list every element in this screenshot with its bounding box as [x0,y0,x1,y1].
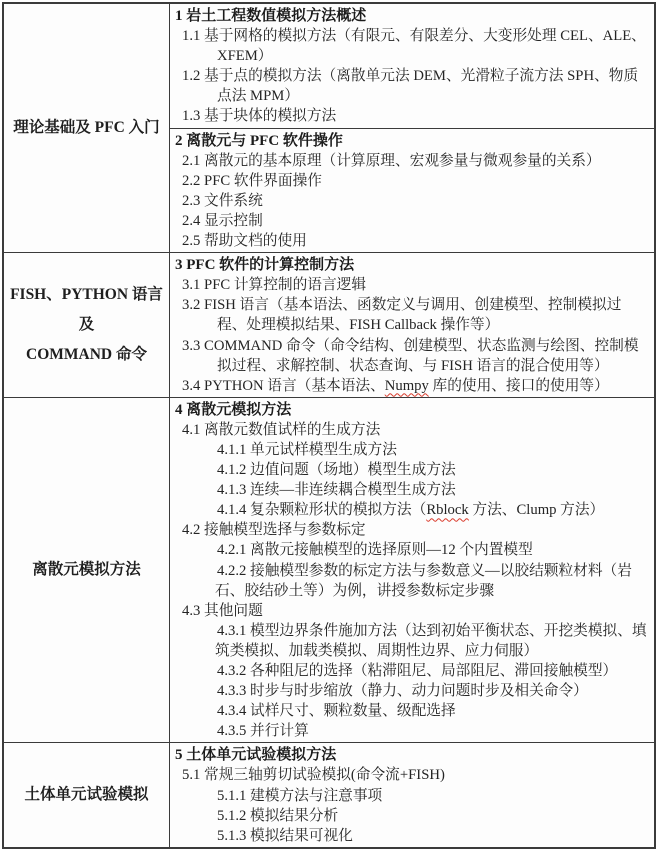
outline-item: 4.3.3 时步与时步缩放（静力、动力问题时步及相关命令） [170,681,650,701]
course-table: 理论基础及 PFC 入门1 岩土工程数值模拟方法概述1.1 基于网格的模拟方法（… [2,2,656,849]
outline-item: 4.3.5 并行计算 [170,721,650,741]
category-label: 土体单元试验模拟 [24,780,148,810]
section-title: 5 土体单元试验模拟方法 [170,745,650,765]
outline-item: 5.1.3 模拟结果可视化 [170,826,650,846]
outline-item: 4.3.4 试样尺寸、颗粒数量、级配选择 [170,701,650,721]
outline-item: 4.1.2 边值问题（场地）模型生成方法 [170,460,650,480]
section-title: 2 离散元与 PFC 软件操作 [170,131,650,151]
outline-item: 1.3 基于块体的模拟方法 [170,106,650,126]
outline-item: 4.2.1 离散元接触模型的选择原则—12 个内置模型 [170,540,650,560]
outline-item: 4.2 接触模型选择与参数标定 [170,520,650,540]
outline-item: 2.5 帮助文档的使用 [170,231,650,251]
content-cell: 1 岩土工程数值模拟方法概述1.1 基于网格的模拟方法（有限元、有限差分、大变形… [170,4,654,252]
outline-section: 3 PFC 软件的计算控制方法3.1 PFC 计算控制的语言逻辑3.2 FISH… [170,253,654,397]
outline-item: 4.2.2 接触模型参数的标定方法与参数意义—以胶结颗粒材料（岩石、胶结砂土等）… [170,561,650,601]
table-row: 土体单元试验模拟5 土体单元试验模拟方法5.1 常规三轴剪切试验模拟(命令流+F… [4,742,654,846]
table-row: FISH、PYTHON 语言及 COMMAND 命令3 PFC 软件的计算控制方… [4,252,654,397]
section-title: 1 岩土工程数值模拟方法概述 [170,6,650,26]
outline-item: 3.3 COMMAND 命令（命令结构、创建模型、状态监测与绘图、控制模拟过程、… [170,336,650,376]
outline-item: 4.3 其他问题 [170,601,650,621]
outline-item: 1.2 基于点的模拟方法（离散单元法 DEM、光滑粒子流方法 SPH、物质点法 … [170,66,650,106]
category-cell: 理论基础及 PFC 入门 [4,4,170,252]
outline-item: 5.1.2 模拟结果分析 [170,806,650,826]
outline-section: 1 岩土工程数值模拟方法概述1.1 基于网格的模拟方法（有限元、有限差分、大变形… [170,4,654,128]
outline-item: 2.1 离散元的基本原理（计算原理、宏观参量与微观参量的关系） [170,151,650,171]
outline-item: 4.1 离散元数值试样的生成方法 [170,420,650,440]
category-cell: 离散元模拟方法 [4,398,170,743]
outline-item: 3.1 PFC 计算控制的语言逻辑 [170,275,650,295]
outline-item: 2.3 文件系统 [170,191,650,211]
category-label: 离散元模拟方法 [32,555,141,585]
table-row: 理论基础及 PFC 入门1 岩土工程数值模拟方法概述1.1 基于网格的模拟方法（… [4,4,654,252]
outline-section: 4 离散元模拟方法4.1 离散元数值试样的生成方法4.1.1 单元试样模型生成方… [170,398,654,743]
category-label: 理论基础及 PFC 入门 [13,113,159,143]
spellcheck-underline: Numpy [385,378,429,394]
outline-item: 4.1.3 连续—非连续耦合模型生成方法 [170,480,650,500]
outline-item: 1.1 基于网格的模拟方法（有限元、有限差分、大变形处理 CEL、ALE、XFE… [170,26,650,66]
section-title: 4 离散元模拟方法 [170,400,650,420]
outline-item: 3.2 FISH 语言（基本语法、函数定义与调用、创建模型、控制模拟过程、处理模… [170,295,650,335]
outline-item: 4.1.4 复杂颗粒形状的模拟方法（Rblock 方法、Clump 方法） [170,500,650,520]
outline-item: 3.4 PYTHON 语言（基本语法、Numpy 库的使用、接口的使用等） [170,376,650,396]
outline-item: 5.1.1 建模方法与注意事项 [170,786,650,806]
outline-item: 4.3.2 各种阻尼的选择（粘滞阻尼、局部阻尼、滞回接触模型） [170,661,650,681]
section-title: 3 PFC 软件的计算控制方法 [170,255,650,275]
outline-item: 2.2 PFC 软件界面操作 [170,171,650,191]
category-label: FISH、PYTHON 语言及 COMMAND 命令 [7,280,166,370]
category-cell: FISH、PYTHON 语言及 COMMAND 命令 [4,253,170,397]
outline-item: 4.1.1 单元试样模型生成方法 [170,440,650,460]
content-cell: 5 土体单元试验模拟方法5.1 常规三轴剪切试验模拟(命令流+FISH)5.1.… [170,743,654,846]
content-cell: 3 PFC 软件的计算控制方法3.1 PFC 计算控制的语言逻辑3.2 FISH… [170,253,654,397]
outline-item: 5.1 常规三轴剪切试验模拟(命令流+FISH) [170,765,650,785]
spellcheck-underline: Rblock [426,502,468,518]
outline-item: 2.4 显示控制 [170,211,650,231]
content-cell: 4 离散元模拟方法4.1 离散元数值试样的生成方法4.1.1 单元试样模型生成方… [170,398,654,743]
category-cell: 土体单元试验模拟 [4,743,170,846]
outline-section: 2 离散元与 PFC 软件操作2.1 离散元的基本原理（计算原理、宏观参量与微观… [170,128,654,253]
outline-section: 5 土体单元试验模拟方法5.1 常规三轴剪切试验模拟(命令流+FISH)5.1.… [170,743,654,846]
outline-item: 4.3.1 模型边界条件施加方法（达到初始平衡状态、开挖类模拟、填筑类模拟、加载… [170,621,650,661]
table-row: 离散元模拟方法4 离散元模拟方法4.1 离散元数值试样的生成方法4.1.1 单元… [4,397,654,743]
